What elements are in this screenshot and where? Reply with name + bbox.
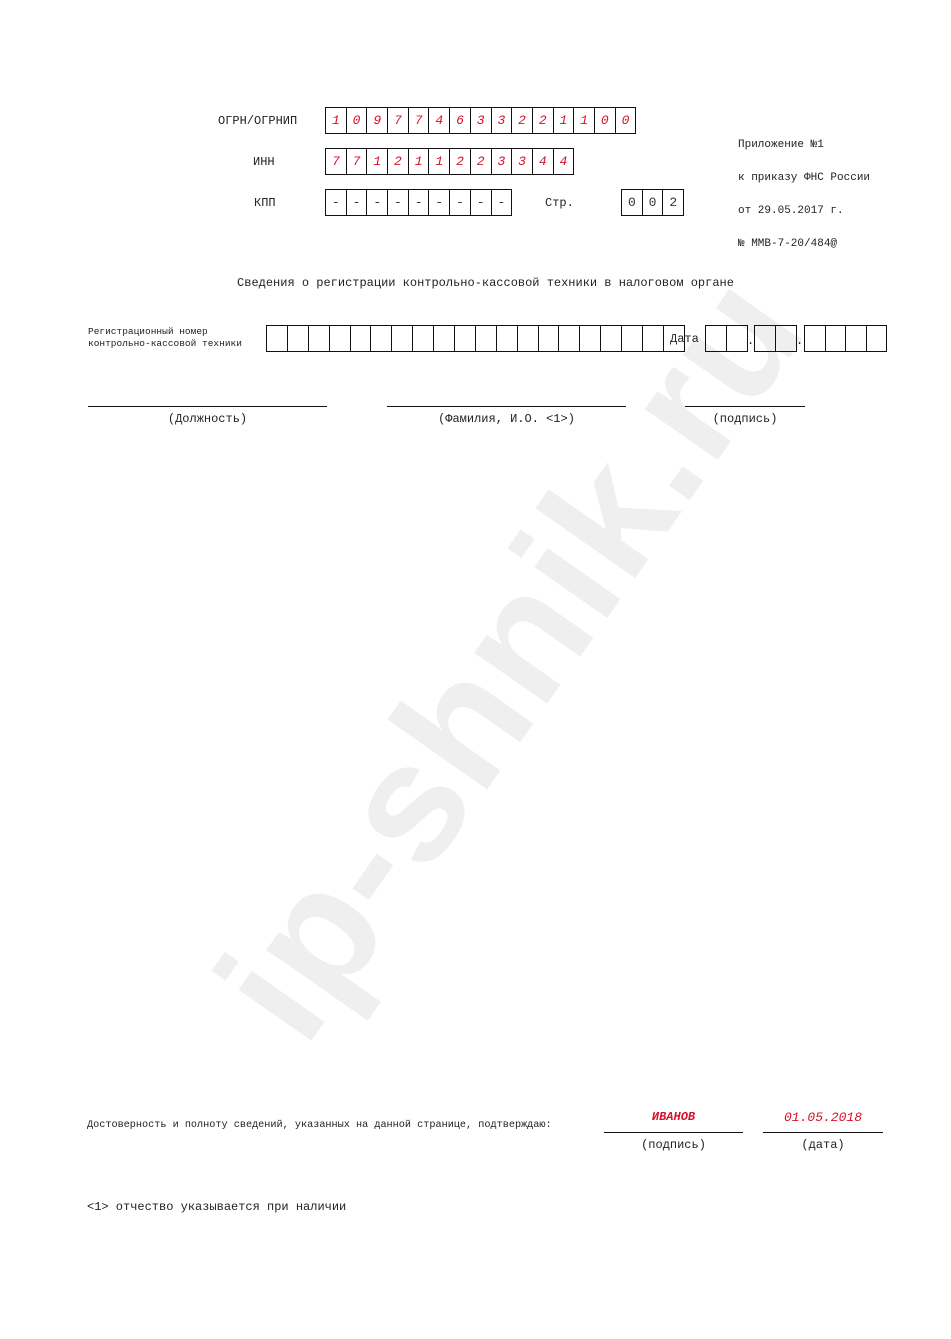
char-cell[interactable] — [866, 325, 888, 352]
kpp-label: КПП — [254, 196, 276, 210]
char-cell[interactable]: 1 — [325, 107, 347, 134]
char-cell[interactable]: 1 — [428, 148, 450, 175]
char-cell[interactable] — [287, 325, 309, 352]
char-cell[interactable]: 1 — [366, 148, 388, 175]
char-cell[interactable]: 0 — [621, 189, 643, 216]
char-cell[interactable]: 3 — [491, 107, 513, 134]
confirmation-signature-value[interactable]: ИВАНОВ — [604, 1110, 743, 1124]
char-cell[interactable] — [517, 325, 539, 352]
confirmation-signature-line — [604, 1132, 743, 1133]
date-month-field[interactable] — [754, 325, 797, 352]
char-cell[interactable] — [538, 325, 560, 352]
char-cell[interactable]: 7 — [387, 107, 409, 134]
char-cell[interactable]: 2 — [662, 189, 684, 216]
char-cell[interactable]: 6 — [449, 107, 471, 134]
char-cell[interactable] — [558, 325, 580, 352]
appendix-line-1: Приложение №1 — [738, 140, 870, 151]
char-cell[interactable]: 0 — [346, 107, 368, 134]
char-cell[interactable] — [454, 325, 476, 352]
inn-label: ИНН — [253, 155, 275, 169]
name-caption: (Фамилия, И.О. <1>) — [387, 412, 626, 426]
date-day-field[interactable] — [705, 325, 748, 352]
char-cell[interactable]: - — [366, 189, 388, 216]
char-cell[interactable]: 0 — [615, 107, 637, 134]
char-cell[interactable]: - — [346, 189, 368, 216]
char-cell[interactable] — [475, 325, 497, 352]
char-cell[interactable]: - — [449, 189, 471, 216]
char-cell[interactable]: 1 — [408, 148, 430, 175]
char-cell[interactable] — [705, 325, 727, 352]
appendix-line-2: к приказу ФНС России — [738, 173, 870, 184]
char-cell[interactable] — [600, 325, 622, 352]
position-line[interactable] — [88, 406, 327, 407]
char-cell[interactable] — [621, 325, 643, 352]
char-cell[interactable]: - — [325, 189, 347, 216]
char-cell[interactable] — [370, 325, 392, 352]
char-cell[interactable]: 3 — [491, 148, 513, 175]
char-cell[interactable]: 2 — [532, 107, 554, 134]
char-cell[interactable]: - — [387, 189, 409, 216]
name-line[interactable] — [387, 406, 626, 407]
char-cell[interactable] — [329, 325, 351, 352]
watermark: ip-shnik.ru — [115, 151, 904, 1163]
char-cell[interactable] — [308, 325, 330, 352]
char-cell[interactable] — [775, 325, 797, 352]
char-cell[interactable] — [845, 325, 867, 352]
char-cell[interactable]: 7 — [408, 107, 430, 134]
char-cell[interactable]: 9 — [366, 107, 388, 134]
char-cell[interactable] — [496, 325, 518, 352]
char-cell[interactable] — [391, 325, 413, 352]
char-cell[interactable]: 2 — [511, 107, 533, 134]
char-cell[interactable] — [579, 325, 601, 352]
char-cell[interactable]: 3 — [511, 148, 533, 175]
char-cell[interactable] — [350, 325, 372, 352]
section-title: Сведения о регистрации контрольно-кассов… — [0, 276, 951, 290]
signature-caption: (подпись) — [685, 412, 805, 426]
inn-field[interactable]: 771211223344 — [325, 148, 574, 175]
char-cell[interactable]: 2 — [449, 148, 471, 175]
ogrn-label: ОГРН/ОГРНИП — [218, 114, 297, 128]
date-separator-2: . — [796, 334, 803, 348]
char-cell[interactable] — [825, 325, 847, 352]
char-cell[interactable]: 4 — [428, 107, 450, 134]
page-label: Стр. — [545, 196, 574, 210]
footnote: <1> отчество указывается при наличии — [87, 1200, 346, 1214]
confirmation-signature-caption: (подпись) — [604, 1138, 743, 1152]
registration-number-label: Регистрационный номер контрольно-кассово… — [88, 326, 242, 350]
char-cell[interactable]: 0 — [642, 189, 664, 216]
kpp-field[interactable]: --------- — [325, 189, 512, 216]
char-cell[interactable] — [726, 325, 748, 352]
registration-label-line-2: контрольно-кассовой техники — [88, 338, 242, 350]
char-cell[interactable]: - — [470, 189, 492, 216]
char-cell[interactable]: - — [408, 189, 430, 216]
char-cell[interactable] — [433, 325, 455, 352]
char-cell[interactable]: 0 — [594, 107, 616, 134]
char-cell[interactable]: 2 — [470, 148, 492, 175]
position-caption: (Должность) — [88, 412, 327, 426]
char-cell[interactable]: 3 — [470, 107, 492, 134]
char-cell[interactable]: 1 — [553, 107, 575, 134]
char-cell[interactable] — [642, 325, 664, 352]
date-label: Дата — [670, 332, 699, 346]
char-cell[interactable] — [754, 325, 776, 352]
date-year-field[interactable] — [804, 325, 887, 352]
char-cell[interactable] — [266, 325, 288, 352]
signature-line[interactable] — [685, 406, 805, 407]
page-number-field[interactable]: 002 — [621, 189, 684, 216]
char-cell[interactable]: - — [428, 189, 450, 216]
char-cell[interactable] — [804, 325, 826, 352]
confirmation-date-line — [763, 1132, 883, 1133]
char-cell[interactable]: - — [491, 189, 513, 216]
ogrn-field[interactable]: 109774633221100 — [325, 107, 636, 134]
confirmation-date-caption: (дата) — [763, 1138, 883, 1152]
char-cell[interactable] — [412, 325, 434, 352]
appendix-line-3: от 29.05.2017 г. — [738, 206, 870, 217]
char-cell[interactable]: 2 — [387, 148, 409, 175]
registration-number-field[interactable] — [266, 325, 685, 352]
confirmation-date-value[interactable]: 01.05.2018 — [763, 1110, 883, 1125]
confirmation-text: Достоверность и полноту сведений, указан… — [87, 1120, 552, 1131]
char-cell[interactable]: 7 — [325, 148, 347, 175]
char-cell[interactable]: 4 — [532, 148, 554, 175]
char-cell[interactable]: 7 — [346, 148, 368, 175]
char-cell[interactable]: 4 — [553, 148, 575, 175]
registration-label-line-1: Регистрационный номер — [88, 326, 242, 338]
char-cell[interactable]: 1 — [573, 107, 595, 134]
appendix-line-4: № ММВ-7-20/484@ — [738, 239, 870, 250]
appendix-note: Приложение №1 к приказу ФНС России от 29… — [738, 118, 870, 261]
